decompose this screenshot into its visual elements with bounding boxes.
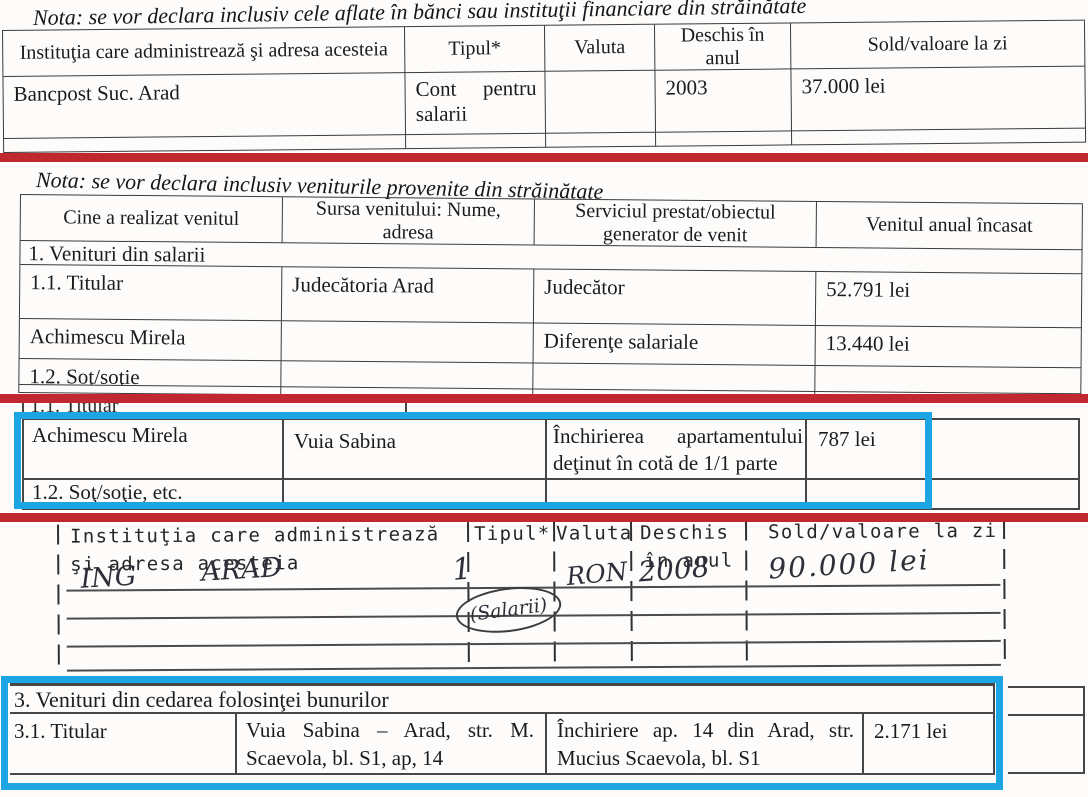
col-header-valuta: Valuta [545, 25, 655, 72]
empty-cell [656, 131, 792, 146]
cell-valuta [545, 71, 656, 134]
cell-nume: Achimescu Mirela [20, 319, 282, 361]
scanned-declaration-page: Nota: se vor declara inclusiv cele aflat… [0, 0, 1088, 797]
table-line [405, 403, 407, 416]
pipe-column [1003, 519, 1006, 665]
table-line [22, 418, 1080, 420]
empty-cell [406, 134, 546, 149]
mono-header-tip: Tipul* [474, 523, 551, 545]
col-header-institution: Instituţia care administrează şi adresa … [3, 27, 405, 77]
cell-venit2: 13.440 lei [816, 326, 1082, 368]
pipe-column [467, 522, 470, 668]
handwriting-tip-number: 1 [451, 551, 473, 588]
handwriting-year: 2008 [637, 550, 711, 588]
col-header-deschis: Deschis în anul [655, 23, 791, 70]
table-line [1008, 772, 1085, 774]
table-line [235, 712, 237, 773]
cell-institution: Bancpost Suc. Arad [3, 73, 406, 139]
col-header-serviciu: Serviciul prestat/obiectul generator de … [535, 199, 817, 247]
cell-sursa: Judecătoria Arad [282, 267, 534, 323]
pipe-column [745, 520, 748, 666]
handwriting-tip-circled: (Salarii) [453, 581, 564, 638]
category-row-cedarea: 3. Venituri din cedarea folosinţei bunur… [14, 687, 389, 713]
red-divider-1 [0, 153, 1088, 162]
col-header-venit: Venitul anual încasat [817, 202, 1083, 250]
income-table: Cine a realizat venitul Sursa venitului:… [18, 194, 1083, 402]
table-line [1083, 686, 1085, 772]
cell-titular: 1.1. Titular [20, 265, 282, 321]
table-line [1008, 714, 1085, 716]
cell-venit: 2.171 lei [874, 719, 948, 744]
red-divider-3 [0, 513, 1088, 522]
mono-header-valuta: Valuta [556, 522, 633, 544]
table-line [545, 418, 547, 508]
mono-header-institution-1: Instituţia care administrează [70, 523, 440, 547]
typewriter-bank-table: Instituţia care administrează şi adresa … [0, 516, 1088, 675]
mono-header-deschis-1: Deschis [640, 522, 729, 545]
cell-venit: 52.791 lei [816, 272, 1082, 328]
handwriting-sold: 90.000 lei [767, 543, 930, 585]
cell-sold: 37.000 lei [791, 67, 1086, 132]
cell-sot: 1.2. Soţ/soţie [19, 359, 281, 387]
empty-cell [792, 129, 1086, 146]
table-line [22, 508, 1080, 510]
cell-sursa: Vuia Sabina – Arad, str. M. Scaevola, bl… [246, 717, 534, 772]
table-line [805, 418, 807, 508]
cell-titular: 3.1. Titular [14, 719, 107, 744]
cell-venit: 787 lei [818, 427, 876, 452]
table-line [10, 773, 995, 775]
table-line [282, 418, 284, 508]
cell-serviciu: Judecător [534, 269, 816, 325]
handwriting-valuta: RON [565, 557, 629, 592]
cell-diferente: Diferenţe salariale [534, 323, 816, 365]
cell-sursa: Vuia Sabina [294, 429, 396, 454]
bank-accounts-table: Instituţia care administrează şi adresa … [2, 20, 1086, 153]
table-line [10, 683, 995, 686]
col-header-cine: Cine a realizat venitul [21, 195, 283, 243]
empty-cell [4, 135, 406, 153]
cell-serviciu: Închirierea apartamentului deţinut în co… [553, 423, 803, 477]
table-line [1008, 686, 1085, 688]
col-header-sursa: Sursa venitului: Nume, adresa [283, 197, 535, 245]
table-line [862, 712, 864, 773]
table-line [545, 712, 547, 773]
rental-income-section3: 3. Venituri din cedarea folosinţei bunur… [0, 675, 1088, 797]
fill-line [67, 640, 1001, 647]
red-divider-2 [0, 394, 1088, 403]
col-header-tip: Tipul* [405, 26, 545, 73]
table-line [993, 684, 995, 773]
empty-cell [815, 366, 1081, 394]
cell-deschis: 2003 [655, 69, 792, 132]
cell-serviciu: Închiriere ap. 14 din Arad, str. Mucius … [557, 717, 854, 772]
table-line [22, 403, 24, 416]
mono-header-sold: Sold/valoare la zi [768, 520, 997, 543]
col-header-sold: Sold/valoare la zi [791, 21, 1085, 70]
pipe-column [57, 525, 60, 671]
table-line [1078, 418, 1080, 508]
empty-cell [282, 321, 534, 363]
empty-cell [546, 133, 656, 148]
table-line [22, 418, 24, 508]
rental-income-fragment: 1.1. Titular Achimescu Mirela Vuia Sabin… [0, 403, 1088, 513]
cell-nume: Achimescu Mirela [32, 423, 188, 448]
empty-cell [281, 361, 533, 389]
cell-tip: Cont pentru salarii [405, 72, 546, 135]
empty-cell [533, 363, 815, 391]
cell-sot: 1.2. Soţ/soţie, etc. [32, 480, 183, 505]
fill-line [67, 664, 1001, 671]
